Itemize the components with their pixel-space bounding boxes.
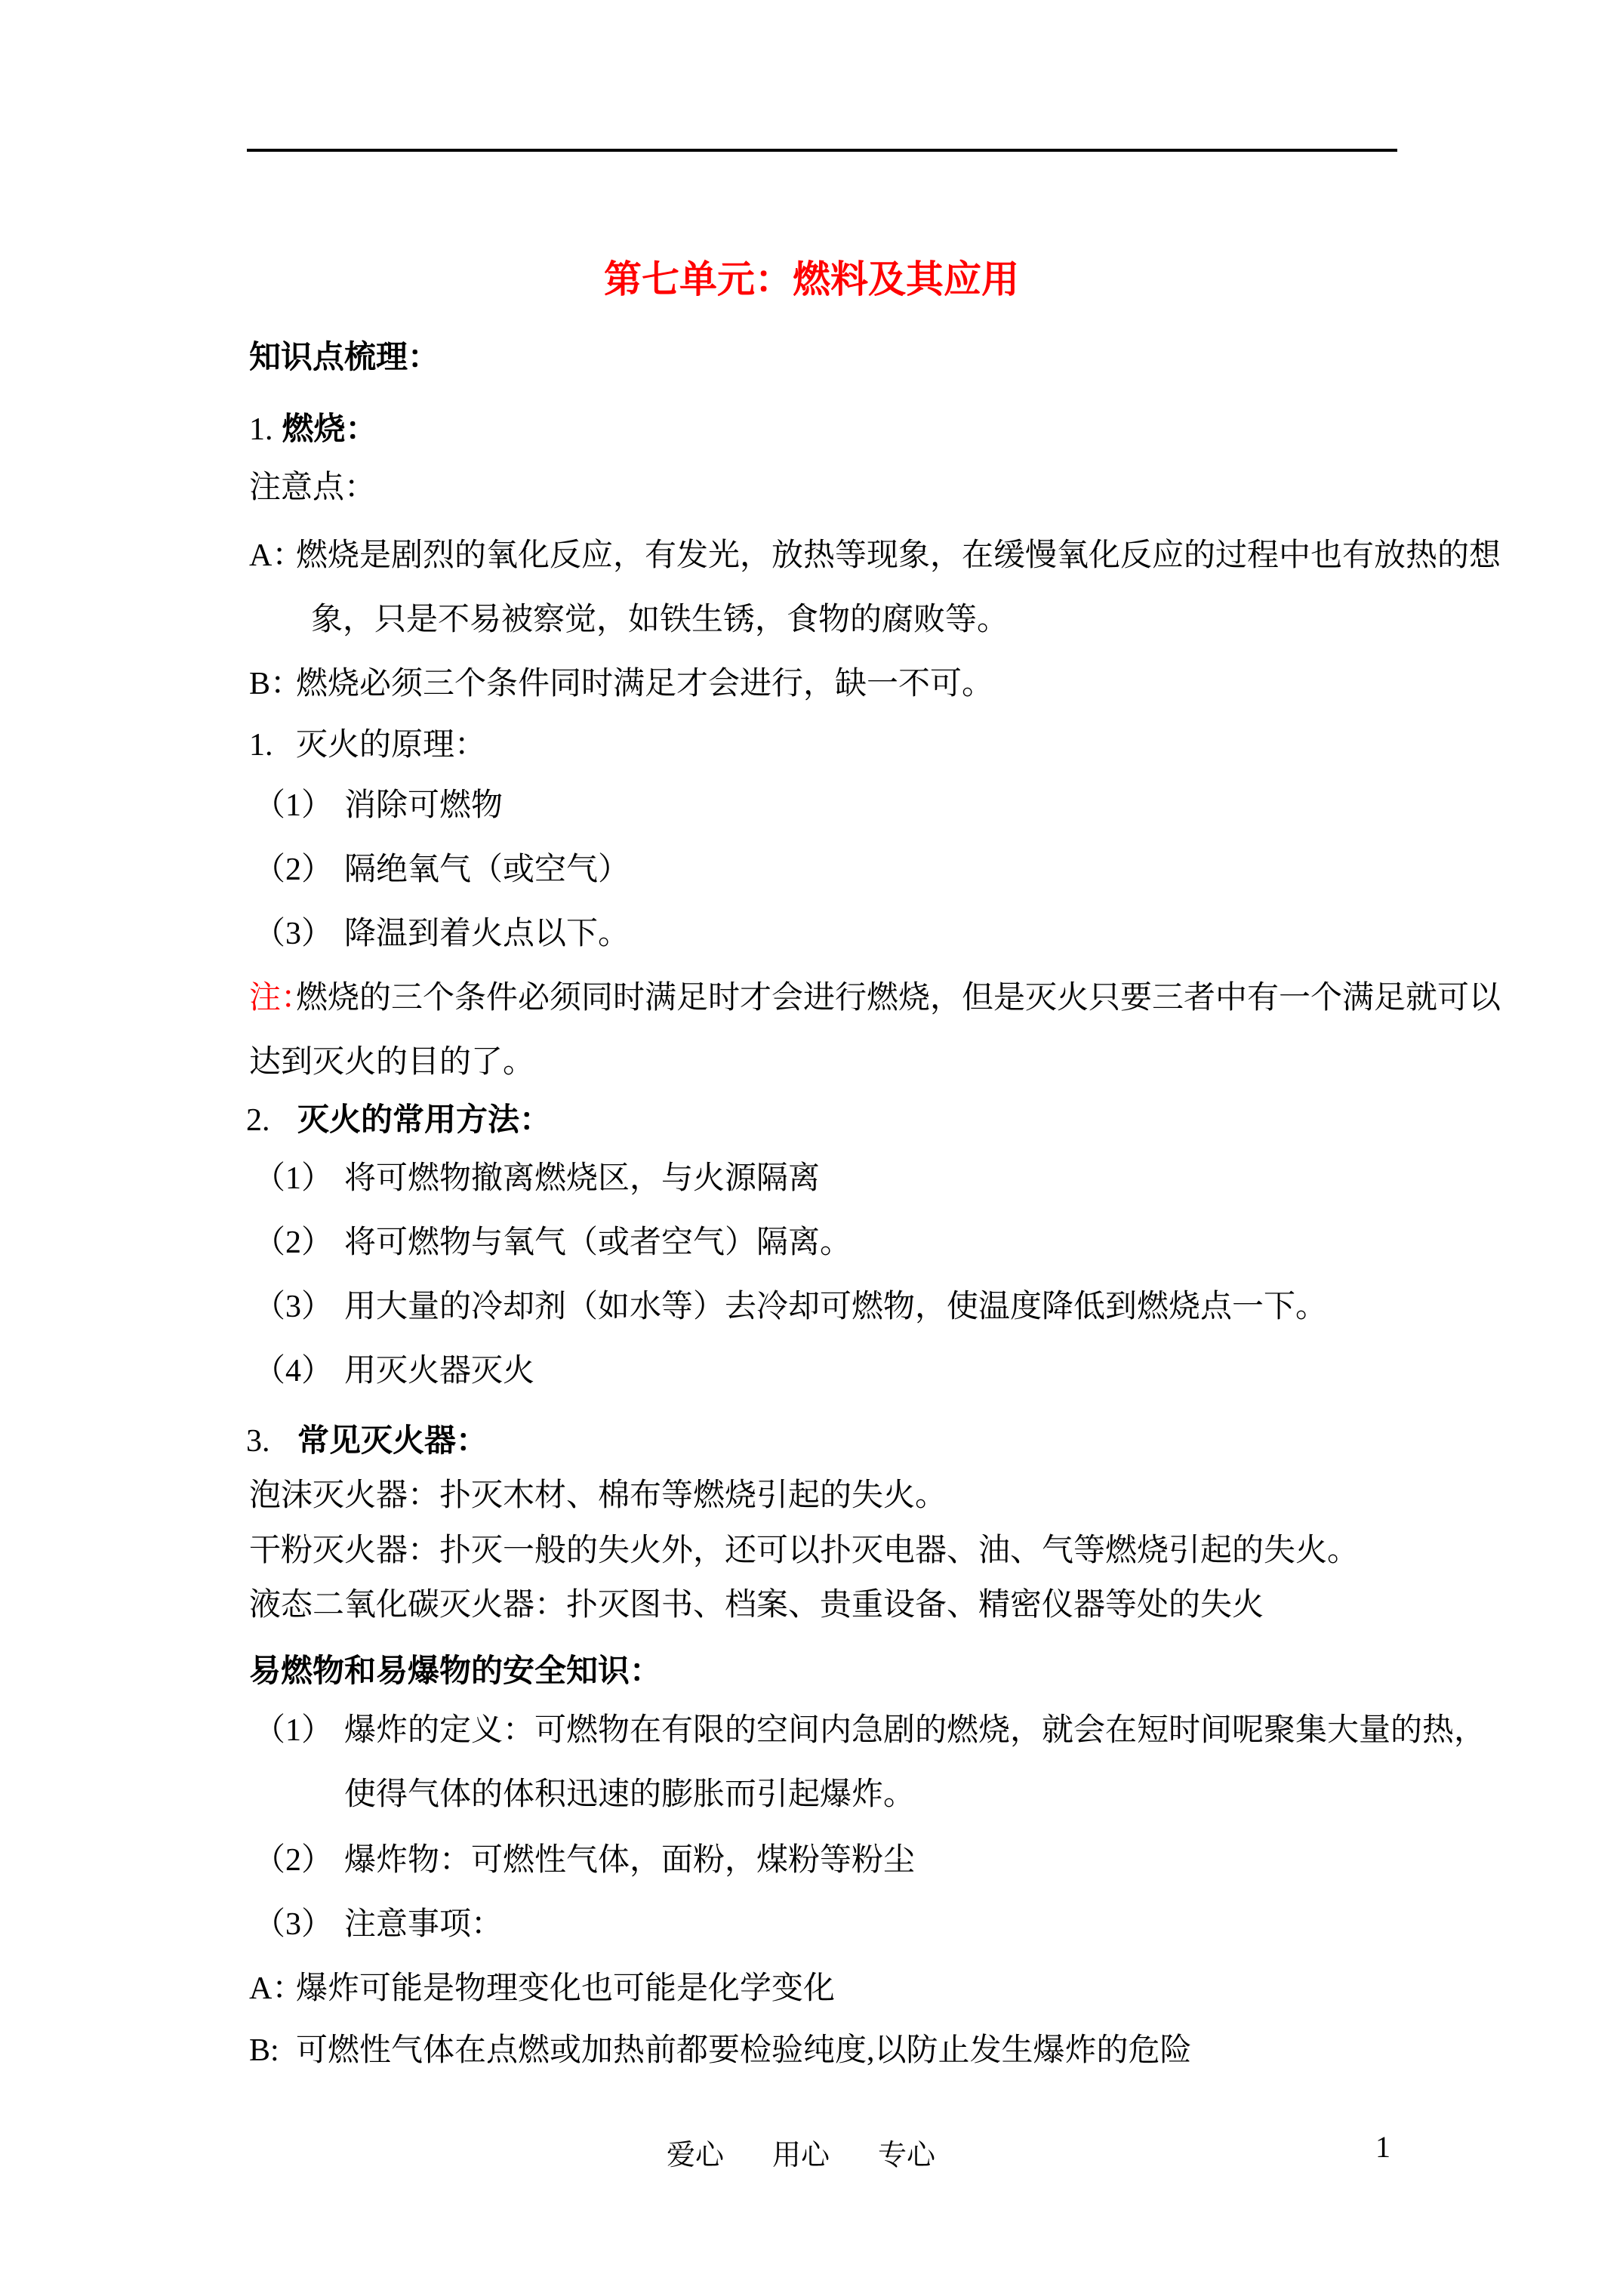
principle-item-2-text: 隔绝氧气（或空气） <box>344 852 630 887</box>
explosion-item-3: （3）注意事项： <box>254 1906 503 1943</box>
method-item-2: （2）将可燃物与氧气（或者空气）隔离。 <box>254 1225 852 1261</box>
method-item-1-number: （1） <box>254 1160 344 1197</box>
heading-knowledge-outline: 知识点梳理： <box>249 340 439 376</box>
principle-item-3-text: 降温到着火点以下。 <box>344 917 630 951</box>
heading-burning-label: 燃烧： <box>282 412 377 447</box>
extinguisher-line-co2: 液态二氧化碳灭火器：扑灭图书、档案、贵重设备、精密仪器等处的失火 <box>249 1587 1264 1623</box>
principle-item-1-text: 消除可燃物 <box>344 788 503 823</box>
explosion-item-2-text: 爆炸物：可燃性气体，面粉，煤粉等粉尘 <box>344 1843 915 1878</box>
line-point-a-2: 象，只是不易被察觉，如铁生锈，食物的腐败等。 <box>249 602 1009 638</box>
line-explosion-b: B:可燃性气体在点燃或加热前都要检验纯度,以防止发生爆炸的危险 <box>249 2032 1192 2069</box>
footer-motto: 爱心 用心 专心 <box>667 2141 935 2170</box>
heading-extinguishers-number: 3. <box>246 1423 297 1459</box>
footer-word-focus: 专心 <box>878 2141 935 2170</box>
explosion-item-2-number: （2） <box>254 1842 344 1878</box>
document-page: 第七单元：燃料及其应用 知识点梳理： 1.燃烧： 注意点： A：燃烧是剧烈的氧化… <box>0 0 1623 2296</box>
method-item-4: （4）用灭火器灭火 <box>254 1353 534 1389</box>
principle-item-1-number: （1） <box>254 787 344 824</box>
explosion-item-1-line-1: （1）爆炸的定义：可燃物在有限的空间内急剧的燃烧，就会在短时间呢聚集大量的热， <box>254 1712 1486 1749</box>
line-point-a-1: A：燃烧是剧烈的氧化反应，有发光，放热等现象，在缓慢氧化反应的过程中也有放热的想 <box>249 538 1501 574</box>
principle-item-3-number: （3） <box>254 916 344 952</box>
note-label: 注： <box>249 980 296 1016</box>
principle-item-2: （2）隔绝氧气（或空气） <box>254 852 630 888</box>
explosion-item-1-line-2: 使得气体的体积迅速的膨胀而引起爆炸。 <box>344 1777 915 1813</box>
explosion-b-label: B: <box>249 2032 296 2069</box>
heading-fire-principle-number: 1. <box>249 727 296 763</box>
method-item-4-number: （4） <box>254 1353 344 1389</box>
page-number: 1 <box>1375 2132 1390 2162</box>
explosion-item-3-text: 注意事项： <box>344 1907 503 1942</box>
heading-extinguishers: 3.常见灭火器： <box>249 1423 488 1459</box>
method-item-3: （3）用大量的冷却剂（如水等）去冷却可燃物，使温度降低到燃烧点一下。 <box>254 1289 1327 1325</box>
explosion-a-text: 爆炸可能是物理变化也可能是化学变化 <box>296 1971 835 2006</box>
method-item-2-number: （2） <box>254 1225 344 1261</box>
heading-safety: 易燃物和易爆物的安全知识： <box>249 1653 661 1690</box>
point-a-label: A： <box>249 538 296 574</box>
method-item-3-number: （3） <box>254 1289 344 1325</box>
heading-fire-principle-label: 灭火的原理： <box>296 728 486 763</box>
header-rule <box>247 149 1397 152</box>
line-point-b: B：燃烧必须三个条件同时满足才会进行，缺一不可。 <box>249 666 993 702</box>
note-text-1: 燃烧的三个条件必须同时满足时才会进行燃烧，但是灭火只要三者中有一个满足就可以 <box>296 981 1501 1015</box>
note-line-2: 达到灭火的目的了。 <box>249 1044 534 1080</box>
point-b-text: 燃烧必须三个条件同时满足才会进行，缺一不可。 <box>296 667 993 701</box>
heading-burning-number: 1. <box>249 412 273 447</box>
principle-item-3: （3）降温到着火点以下。 <box>254 916 630 952</box>
explosion-a-label: A： <box>249 1971 296 2007</box>
extinguisher-line-foam: 泡沫灭火器：扑灭木材、棉布等燃烧引起的失火。 <box>249 1478 947 1514</box>
heading-extinguishers-label: 常见灭火器： <box>297 1424 488 1459</box>
method-item-2-text: 将可燃物与氧气（或者空气）隔离。 <box>344 1225 852 1260</box>
page-title: 第七单元：燃料及其应用 <box>0 258 1623 302</box>
explosion-item-1-text-1: 爆炸的定义：可燃物在有限的空间内急剧的燃烧，就会在短时间呢聚集大量的热， <box>344 1713 1486 1748</box>
explosion-item-2: （2）爆炸物：可燃性气体，面粉，煤粉等粉尘 <box>254 1842 915 1878</box>
footer-word-care: 用心 <box>772 2141 830 2170</box>
heading-fire-principle: 1.灭火的原理： <box>249 727 486 763</box>
explosion-item-3-number: （3） <box>254 1906 344 1943</box>
method-item-4-text: 用灭火器灭火 <box>344 1354 534 1388</box>
heading-burning: 1.燃烧： <box>249 411 377 448</box>
explosion-item-1-number: （1） <box>254 1712 344 1749</box>
line-attention: 注意点： <box>249 470 376 506</box>
extinguisher-line-dry-powder: 干粉灭火器：扑灭一般的失火外，还可以扑灭电器、油、气等燃烧引起的失火。 <box>249 1533 1359 1569</box>
note-line-1: 注：燃烧的三个条件必须同时满足时才会进行燃烧，但是灭火只要三者中有一个满足就可以 <box>249 980 1501 1016</box>
footer-word-love: 爱心 <box>667 2141 724 2170</box>
heading-methods-number: 2. <box>246 1102 297 1139</box>
point-b-label: B： <box>249 666 296 702</box>
principle-item-2-number: （2） <box>254 852 344 888</box>
heading-methods-label: 灭火的常用方法： <box>297 1103 551 1138</box>
method-item-1-text: 将可燃物撤离燃烧区，与火源隔离 <box>344 1161 820 1196</box>
line-explosion-a: A：爆炸可能是物理变化也可能是化学变化 <box>249 1971 835 2007</box>
method-item-1: （1）将可燃物撤离燃烧区，与火源隔离 <box>254 1160 820 1197</box>
principle-item-1: （1）消除可燃物 <box>254 787 503 824</box>
method-item-3-text: 用大量的冷却剂（如水等）去冷却可燃物，使温度降低到燃烧点一下。 <box>344 1290 1327 1324</box>
explosion-b-text: 可燃性气体在点燃或加热前都要检验纯度,以防止发生爆炸的危险 <box>296 2033 1192 2068</box>
heading-methods: 2.灭火的常用方法： <box>249 1102 551 1139</box>
point-a-text-1: 燃烧是剧烈的氧化反应，有发光，放热等现象，在缓慢氧化反应的过程中也有放热的想 <box>296 538 1501 573</box>
